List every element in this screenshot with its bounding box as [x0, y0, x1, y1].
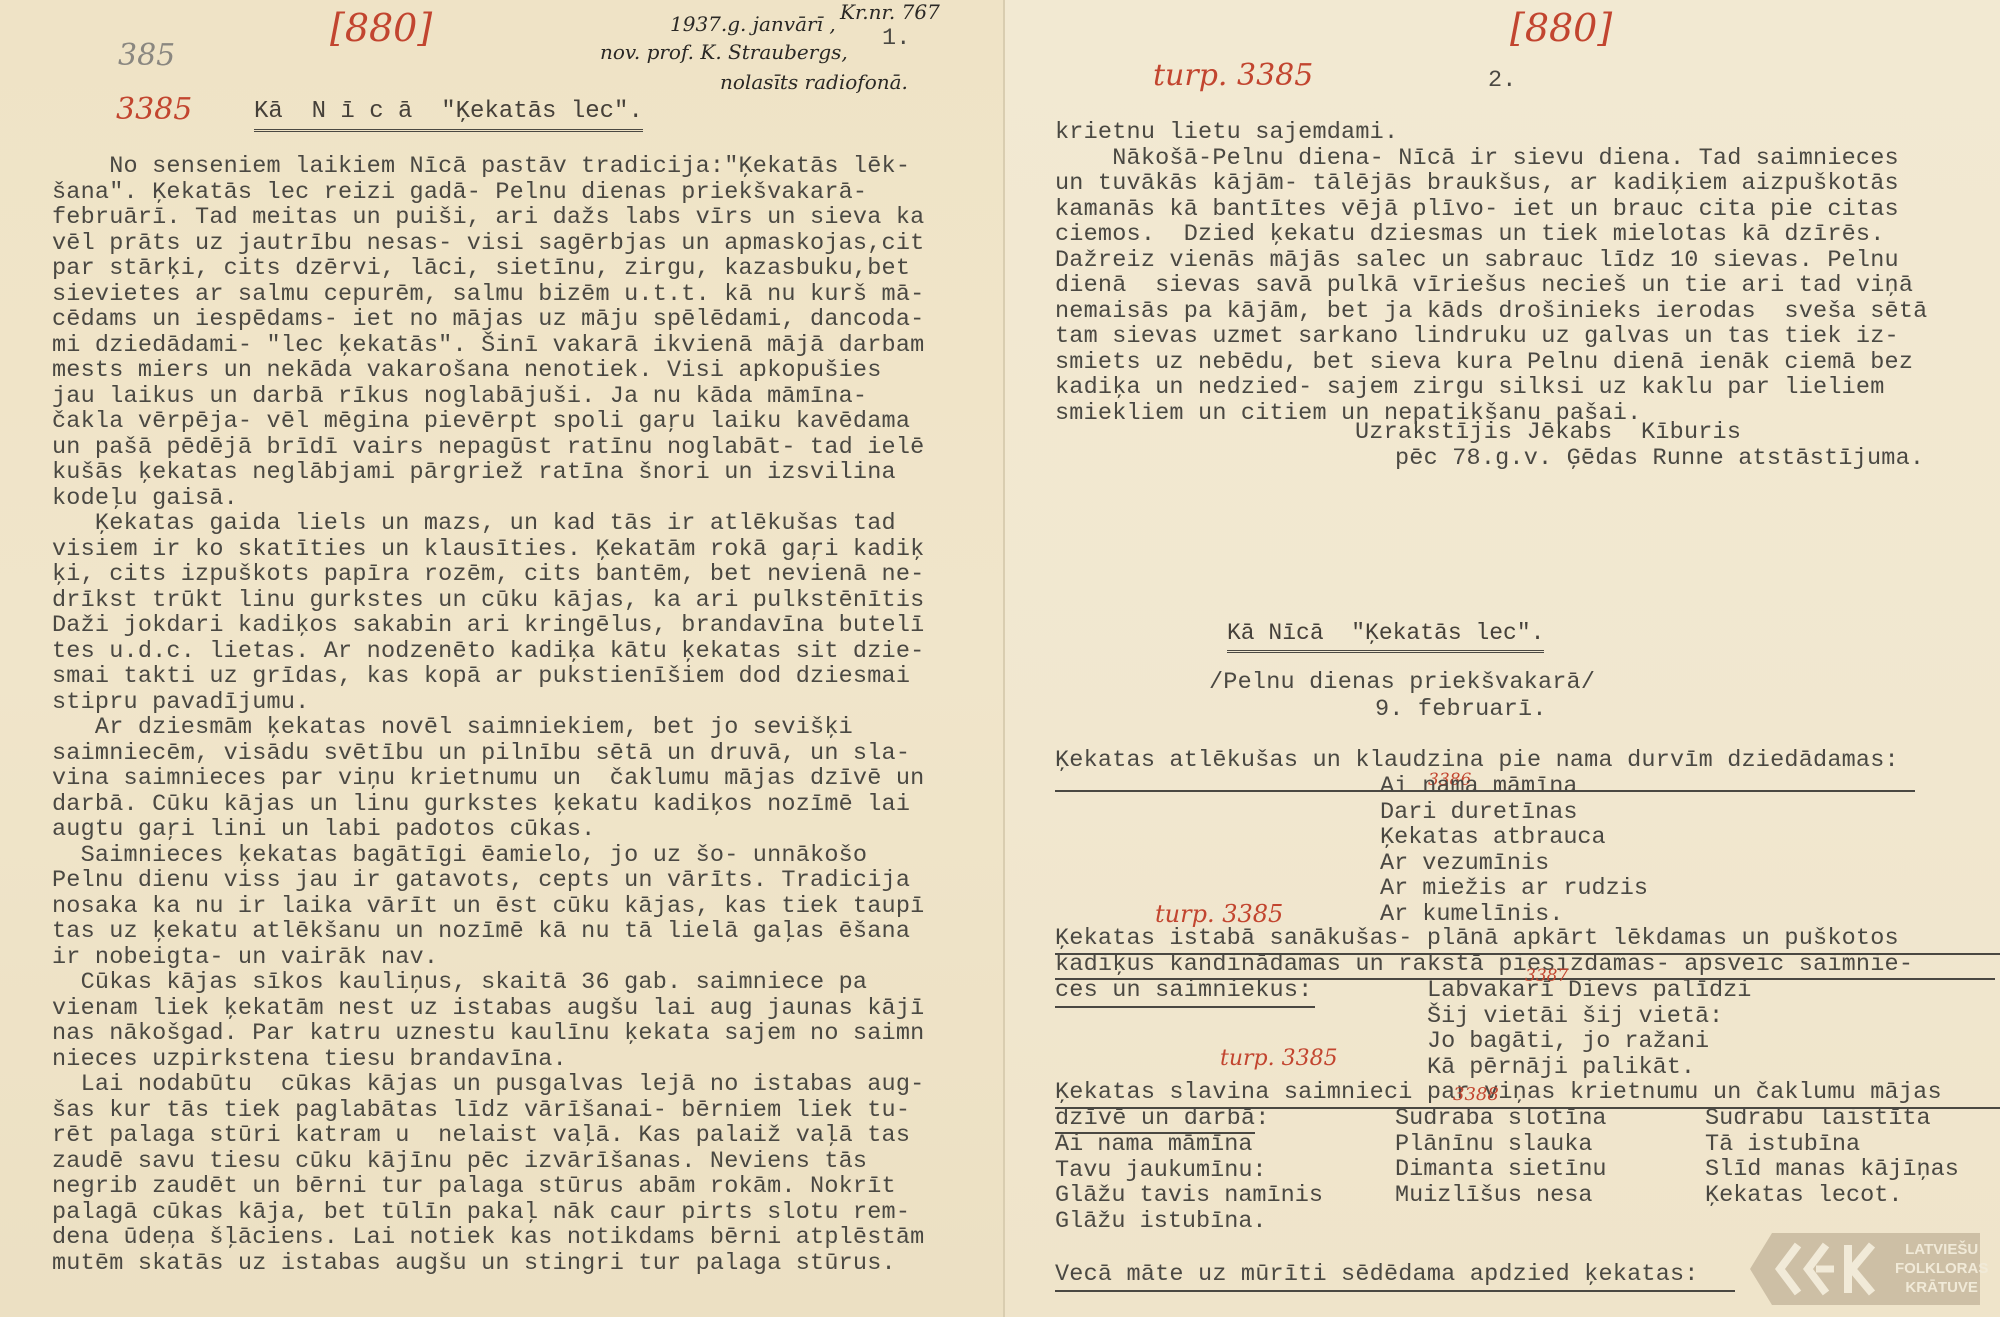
- text-line: Muizlīšus nesa: [1395, 1183, 1607, 1209]
- text-line: kušās ķekatas neglābjami pārgriež ratīna…: [52, 460, 924, 486]
- text-line: visiem ir ko skatīties un klausīties. Ķe…: [52, 537, 924, 563]
- text-line: Dažreiz vienās mājās salec un sabrauc lī…: [1055, 248, 1927, 274]
- document-title: Kā N ī c ā "Ķekatās lec".: [254, 98, 643, 132]
- text-line: vēl prāts uz jautrību nesas- visi sagērb…: [52, 231, 924, 257]
- verse-3-column-3: Sudrabu laistītaTā istubīnaSlīd manas kā…: [1705, 1106, 1959, 1208]
- text-line: ir nobeigta- un vairāk nav.: [52, 945, 924, 971]
- text-line: Dimanta sietīnu: [1395, 1157, 1607, 1183]
- text-line: Saimnieces ķekatas bagātīgi ēamielo, jo …: [52, 843, 924, 869]
- text-line: augtu gaŗi lini un labi padotos cūkas.: [52, 817, 924, 843]
- text-line: šas kur tās tiek paglabātas līdz vārīšan…: [52, 1098, 924, 1124]
- text-line: par stārķi, cits dzērvi, lāci, sietīnu, …: [52, 256, 924, 282]
- watermark-line-1: LATVIEŠU: [1895, 1240, 1988, 1259]
- text-line: tam sievas uzmet sarkano lindruku uz gal…: [1055, 324, 1927, 350]
- text-line: Ar miežis ar rudzis: [1380, 876, 1648, 902]
- text-line: krietnu lietu sajemdami.: [1055, 120, 1927, 146]
- text-line: kamanās kā bantītes vējā plīvo- iet un b…: [1055, 197, 1927, 223]
- text-line: Sudrabu laistīta: [1705, 1106, 1959, 1132]
- text-line: Tā istubīna: [1705, 1132, 1959, 1158]
- text-line: tas uz ķekatu atlēkšanu un nozīmē kā nu …: [52, 919, 924, 945]
- text-line: smai takti uz grīdas, kas kopā ar puksti…: [52, 664, 924, 690]
- red-ref-annotation-top: turp. 3385: [1153, 58, 1313, 93]
- song-intro-2-line2: kadiķus kandinādamas un rakstā piesizdam…: [1055, 952, 1913, 978]
- text-line: kadiķa un nedzied- sajem zirgu silksi uz…: [1055, 375, 1927, 401]
- page-number: 1.: [882, 26, 911, 52]
- text-line: Jo bagāti, jo ražani: [1427, 1029, 1751, 1055]
- text-line: dena ūdeņa šļāciens. Lai notiek kas noti…: [52, 1225, 924, 1251]
- song-date: 9. februarī.: [1375, 697, 1547, 723]
- text-line: dienā sievas savā pulkā vīriešus necieš …: [1055, 273, 1927, 299]
- text-line: drīkst trūkt linu gurkstes un cūku kājas…: [52, 588, 924, 614]
- text-line: Šij vietāi šij vietā:: [1427, 1004, 1751, 1030]
- text-line: No senseniem laikiem Nīcā pastāv tradici…: [52, 154, 924, 180]
- text-line: ķi, cits izpuškots papīra rozēm, cits ba…: [52, 562, 924, 588]
- document-page-1: [880] 385 3385 1937.g. janvārī , Kr.nr. …: [0, 0, 1003, 1317]
- text-line: un pašā pēdējā brīdī vairs nepagūst ratī…: [52, 435, 924, 461]
- text-line: Ar kumelīnis.: [1380, 902, 1648, 928]
- text-line: Lai nodabūtu cūkas kājas un pusgalvas le…: [52, 1072, 924, 1098]
- text-line: Tavu jaukumīnu:: [1055, 1158, 1323, 1184]
- text-line: Labvakarī Dievs palīdzi: [1427, 978, 1751, 1004]
- text-line: Nākošā-Pelnu diena- Nīcā ir sievu diena.…: [1055, 146, 1927, 172]
- text-line: ciemos. Dzied ķekatu dziesmas un tiek mi…: [1055, 222, 1927, 248]
- text-line: nosaka ka nu ir laika vārīt un ēst cūku …: [52, 894, 924, 920]
- text-line: mests miers un nekāda vakarošana nenotie…: [52, 358, 924, 384]
- text-line: nas nākošgad. Par katru uznestu kaulīnu …: [52, 1021, 924, 1047]
- text-line: cēdams un iespēdams- iet no mājas uz māj…: [52, 307, 924, 333]
- page-number: 2.: [1488, 68, 1517, 94]
- song-intro-2-line3: ces un saimniekus:: [1055, 978, 1312, 1004]
- text-line: Glāžu istubīna.: [1055, 1209, 1323, 1235]
- text-line: nieces uzpirkstena tiesu brandavīna.: [52, 1047, 924, 1073]
- text-line: čakla vērpēja- vēl mēgina pievērpt spoli…: [52, 409, 924, 435]
- underline-rule: [1055, 1290, 1735, 1292]
- song-title: Kā Nīcā "Ķekatās lec".: [1227, 620, 1544, 653]
- verse-2: Labvakarī Dievs palīdziŠij vietāi šij vi…: [1427, 978, 1751, 1080]
- handwritten-note-line1: 1937.g. janvārī ,: [670, 12, 836, 36]
- body-text-page-1: No senseniem laikiem Nīcā pastāv tradici…: [52, 154, 924, 1276]
- archive-bracket-annotation: [880]: [1510, 6, 1612, 50]
- text-line: Kā pērnāji palikāt.: [1427, 1055, 1751, 1081]
- text-line: sievietes ar salmu cepurēm, salmu bizēm …: [52, 282, 924, 308]
- text-line: palagā cūkas kāja, bet tūlīn pakaļ nāk c…: [52, 1200, 924, 1226]
- handwritten-note-line2: nov. prof. K. Straubergs,: [600, 40, 848, 64]
- text-line: Ai nama māmīna: [1055, 1132, 1323, 1158]
- watermark-text: LATVIEŠU FOLKLORAS KRĀTUVE: [1895, 1240, 1988, 1297]
- text-line: Plānīnu slauka: [1395, 1132, 1607, 1158]
- text-line: Ai nama māmīna: [1380, 774, 1648, 800]
- text-line: negrib zaudēt un bērni tur palaga stūrus…: [52, 1174, 924, 1200]
- handwritten-note-line3: nolasīts radiofonā.: [720, 70, 908, 94]
- text-line: šana". Ķekatās lec reizi gadā- Pelnu die…: [52, 180, 924, 206]
- watermark-line-2: FOLKLORAS: [1895, 1259, 1988, 1278]
- text-line: un tuvākās kājām- tālējās braukšus, ar k…: [1055, 171, 1927, 197]
- red-ref-annotation-mid: turp. 3385: [1155, 900, 1283, 928]
- document-page-2: [880] turp. 3385 2. krietnu lietu sajemd…: [1003, 0, 2000, 1317]
- text-line: Glāžu tavis namīnis: [1055, 1183, 1323, 1209]
- red-number-3388: 3388: [1453, 1084, 1499, 1105]
- text-line: nemaisās pa kājām, bet ja kāds drošiniek…: [1055, 299, 1927, 325]
- signature-line-2: pēc 78.g.v. Ģēdas Runne atstāstījuma.: [1395, 446, 1924, 472]
- body-text-page-2: krietnu lietu sajemdami. Nākošā-Pelnu di…: [1055, 120, 1927, 426]
- text-line: februārī. Tad meitas un puiši, ari dažs …: [52, 205, 924, 231]
- text-line: tes u.d.c. lietas. Ar nodzenēto kadiķa k…: [52, 639, 924, 665]
- text-line: kodeļu gaisā.: [52, 486, 924, 512]
- song-intro-4: Vecā māte uz mūrīti sēdēdama apdzied ķek…: [1055, 1262, 1699, 1288]
- text-line: Sudraba slotīna: [1395, 1106, 1607, 1132]
- song-intro-2-line1: Ķekatas istabā sanākušas- plānā apkārt l…: [1055, 926, 1899, 952]
- red-ref-annotation-lower: turp. 3385: [1220, 1046, 1338, 1071]
- text-line: Cūkas kājas sīkos kauliņus, skaitā 36 ga…: [52, 970, 924, 996]
- text-line: Ķekatas atbrauca: [1380, 825, 1648, 851]
- song-intro-1: Ķekatas atlēkušas un klaudzina pie nama …: [1055, 748, 1899, 774]
- handwritten-kr-nr: Kr.nr. 767: [840, 0, 940, 24]
- text-line: mi dziedādami- "lec ķekatās". Šinī vakar…: [52, 333, 924, 359]
- text-line: Ķekatas gaida liels un mazs, un kad tās …: [52, 511, 924, 537]
- text-line: Ar vezumīnis: [1380, 851, 1648, 877]
- text-line: Slīd manas kājīņas: [1705, 1157, 1959, 1183]
- text-line: darbā. Cūku kājas un linu gurkstes ķekat…: [52, 792, 924, 818]
- text-line: vina saimnieces par viņu krietnumu un ča…: [52, 766, 924, 792]
- watermark-line-3: KRĀTUVE: [1895, 1278, 1988, 1297]
- text-line: smiets uz nebēdu, bet sieva kura Pelnu d…: [1055, 350, 1927, 376]
- text-line: jau laikus un darbā rīkus noglabājuši. J…: [52, 384, 924, 410]
- text-line: Dari duretīnas: [1380, 800, 1648, 826]
- text-line: Ķekatas lecot.: [1705, 1183, 1959, 1209]
- verse-3-column-2: Sudraba slotīnaPlānīnu slaukaDimanta sie…: [1395, 1106, 1607, 1208]
- song-subtitle: /Pelnu dienas priekšvakarā/: [1209, 670, 1595, 696]
- signature-line-1: Uzrakstījis Jēkabs Kīburis: [1355, 420, 1741, 446]
- verse-1: Ai nama māmīnaDari duretīnasĶekatas atbr…: [1380, 774, 1648, 927]
- text-line: vienam liek ķekatām nest uz istabas augš…: [52, 996, 924, 1022]
- archive-bracket-annotation: [880]: [330, 6, 432, 50]
- text-line: mutēm skatās uz istabas augšu un stingri…: [52, 1251, 924, 1277]
- red-number-annotation: 3385: [116, 92, 192, 127]
- text-line: Ar dziesmām ķekatas novēl saimniekiem, b…: [52, 715, 924, 741]
- underline-rule: [1055, 953, 2000, 955]
- text-line: zaudē savu tiesu cūku kājīnu pēc izvārīš…: [52, 1149, 924, 1175]
- text-line: rēt palaga stūri katram u nelaist vaļā. …: [52, 1123, 924, 1149]
- text-line: saimniecēm, visādu svētību un pilnību sē…: [52, 741, 924, 767]
- text-line: Daži jokdari kadiķos sakabin ari kringēl…: [52, 613, 924, 639]
- pencil-number-annotation: 385: [118, 38, 175, 73]
- text-line: stipru pavadījumu.: [52, 690, 924, 716]
- text-line: Pelnu dienu viss jau ir gatavots, cepts …: [52, 868, 924, 894]
- song-intro-3-line2: dzīvē un darbā:: [1055, 1106, 1270, 1132]
- underline-rule: [1055, 1006, 1315, 1008]
- verse-3-column-1: Ai nama māmīnaTavu jaukumīnu:Glāžu tavis…: [1055, 1132, 1323, 1234]
